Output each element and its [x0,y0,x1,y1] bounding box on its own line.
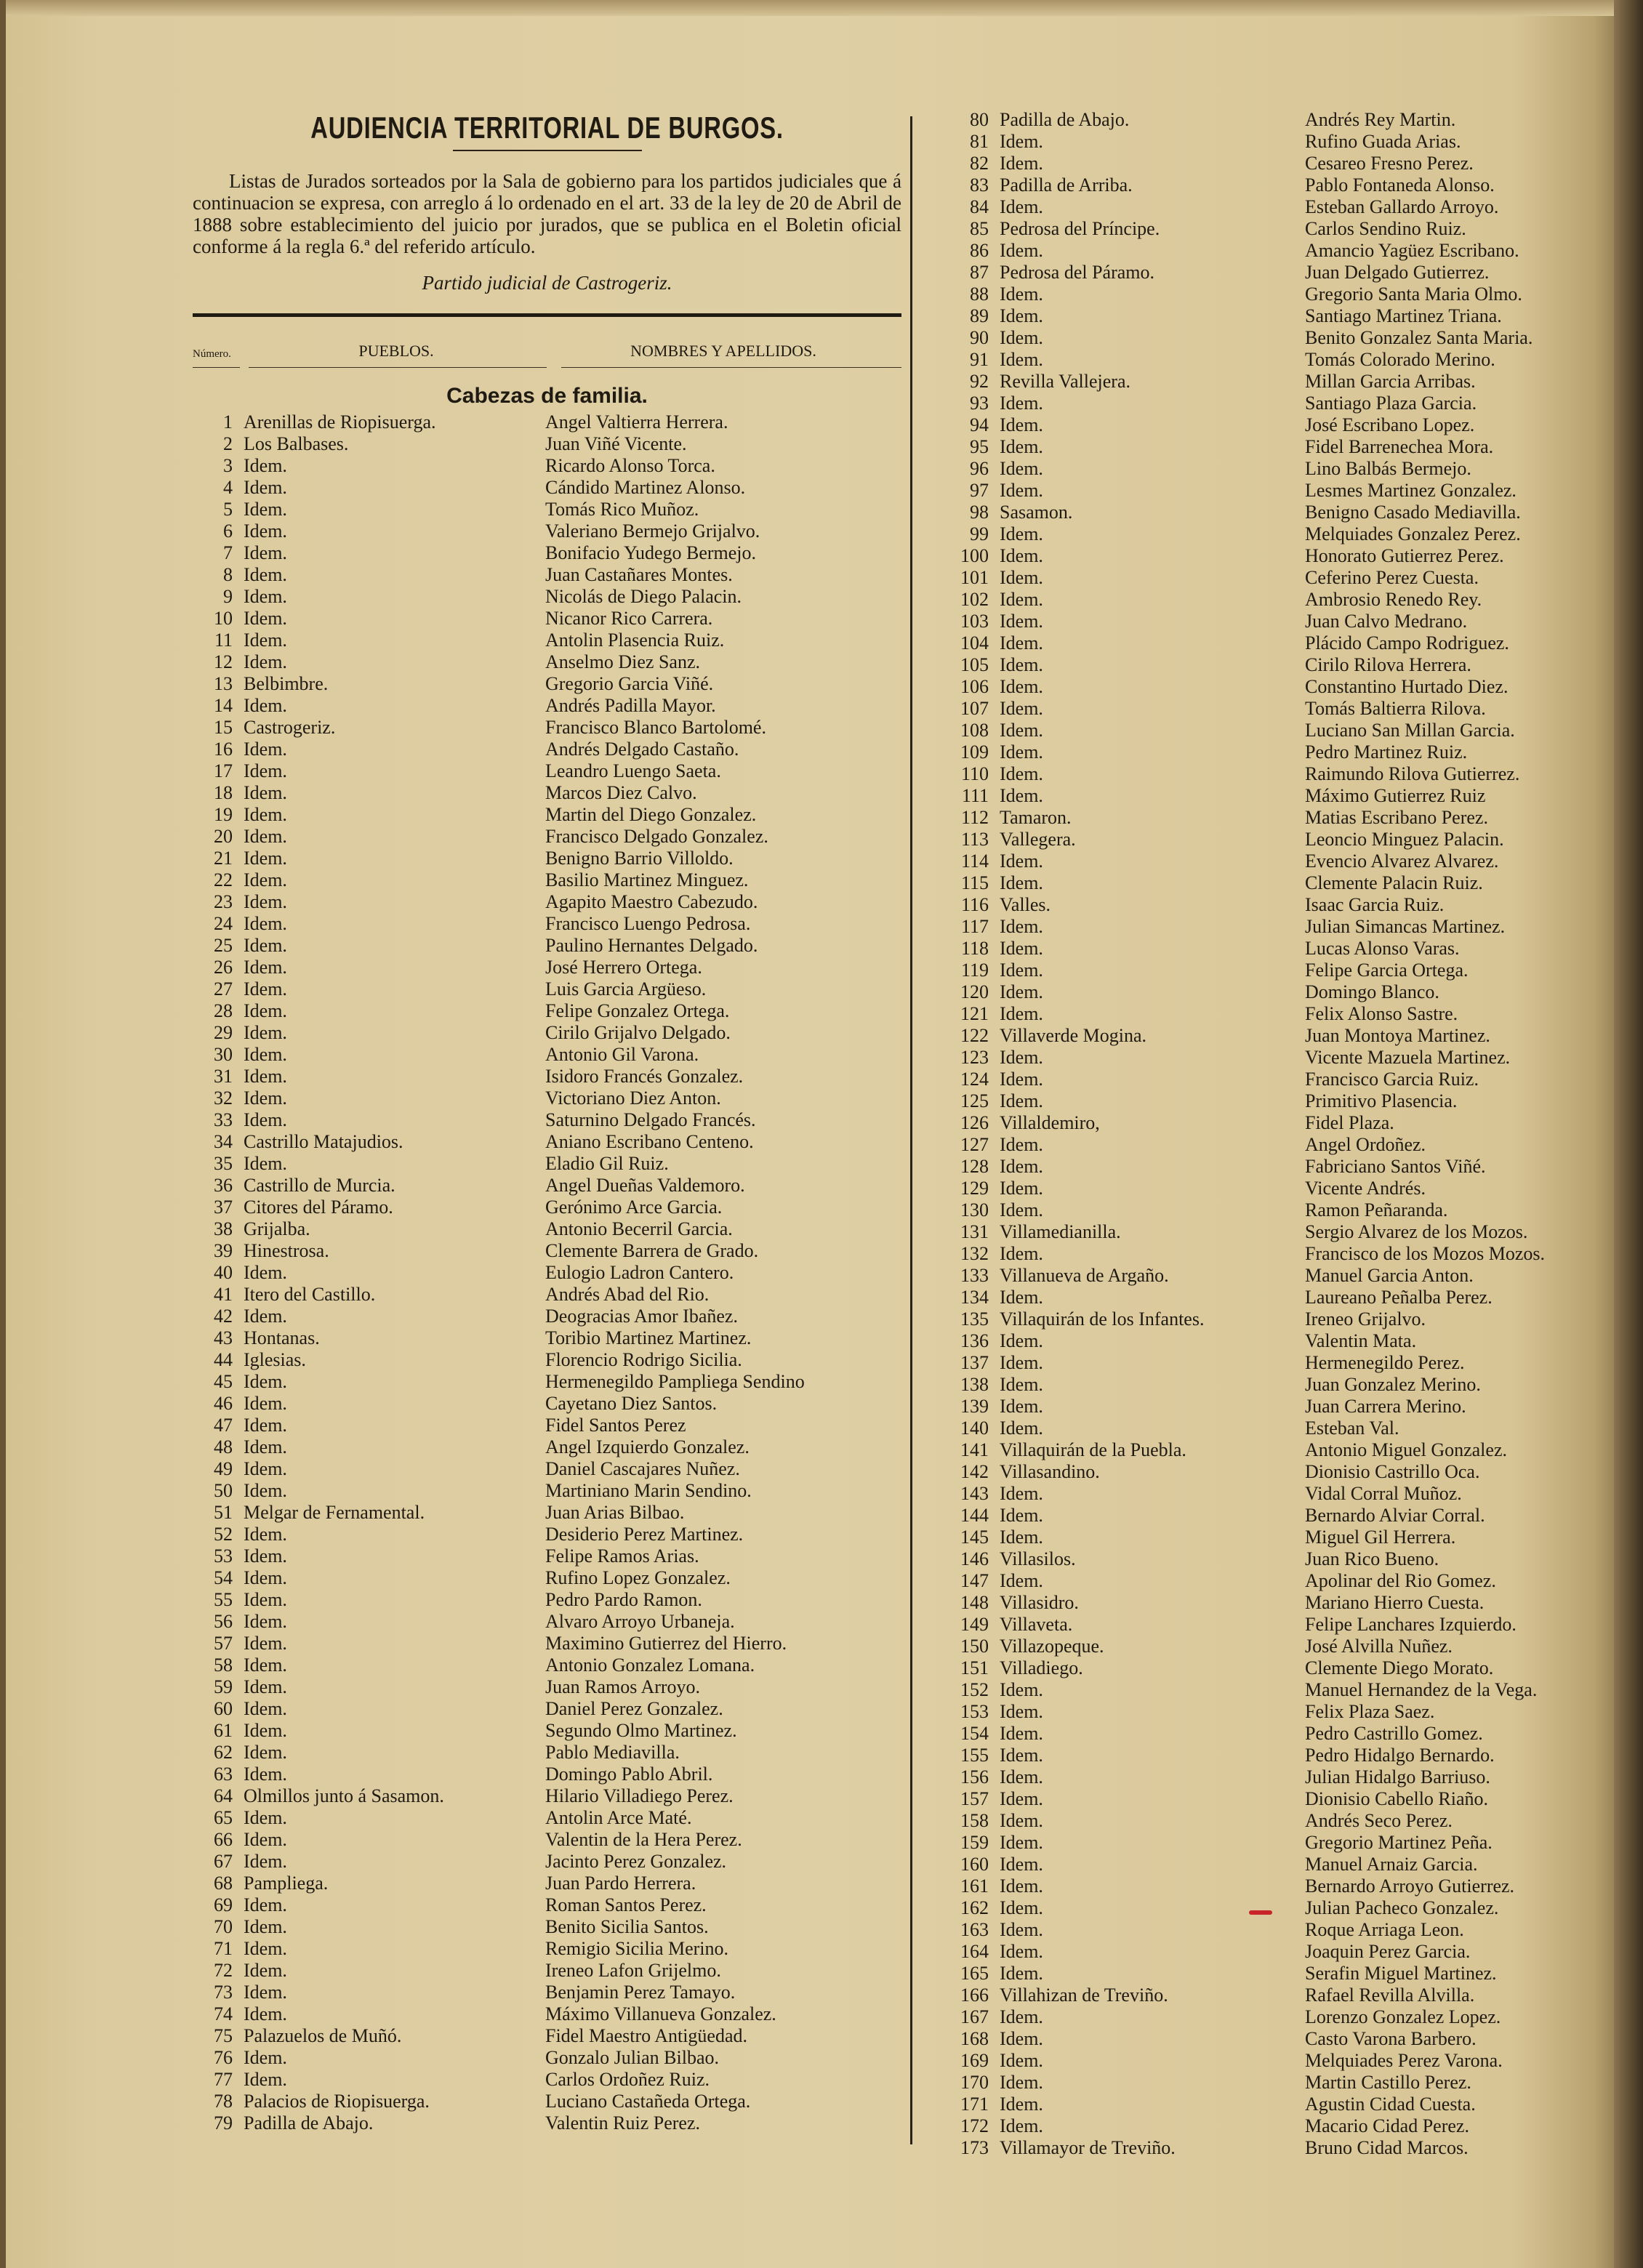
row-nombre: Aniano Escribano Centeno. [545,1131,901,1153]
row-number: 30 [193,1044,244,1066]
row-pueblo: Castrogeriz. [244,717,545,739]
row-nombre: Martin Castillo Perez. [1305,2072,1599,2094]
row-nombre: Paulino Hernantes Delgado. [545,935,901,957]
row-pueblo: Olmillos junto á Sasamon. [244,1785,545,1807]
row-nombre: Manuel Arnaiz Garcia. [1305,1854,1599,1875]
table-row: 112Tamaron.Matias Escribano Perez. [945,807,1599,829]
row-number: 134 [945,1287,1000,1308]
row-pueblo: Idem. [244,913,545,935]
row-number: 107 [945,698,1000,720]
table-row: 173Villamayor de Treviño.Bruno Cidad Mar… [945,2137,1599,2159]
row-nombre: Daniel Perez Gonzalez. [545,1698,901,1720]
row-nombre: Martin del Diego Gonzalez. [545,804,901,826]
row-nombre: Valentin Ruiz Perez. [545,2112,901,2134]
row-pueblo: Idem. [1000,1178,1305,1199]
row-nombre: Tomás Baltierra Rilova. [1305,698,1599,720]
table-row: 44Iglesias.Florencio Rodrigo Sicilia. [193,1349,901,1371]
row-number: 71 [193,1938,244,1960]
table-row: 19Idem.Martin del Diego Gonzalez. [193,804,901,826]
row-pueblo: Melgar de Fernamental. [244,1502,545,1524]
row-nombre: Ireneo Grijalvo. [1305,1308,1599,1330]
row-nombre: Clemente Barrera de Grado. [545,1240,901,1262]
row-pueblo: Idem. [1000,1679,1305,1701]
row-pueblo: Idem. [1000,872,1305,894]
row-number: 10 [193,608,244,630]
row-number: 141 [945,1439,1000,1461]
row-nombre: Felix Plaza Saez. [1305,1701,1599,1723]
table-row: 81Idem.Rufino Guada Arias. [945,131,1599,153]
row-nombre: Jacinto Perez Gonzalez. [545,1851,901,1873]
row-pueblo: Itero del Castillo. [244,1284,545,1306]
row-nombre: Isidoro Francés Gonzalez. [545,1066,901,1087]
row-pueblo: Idem. [244,1545,545,1567]
row-nombre: Clemente Palacin Ruiz. [1305,872,1599,894]
table-row: 149Villaveta.Felipe Lanchares Izquierdo. [945,1614,1599,1636]
row-pueblo: Sasamon. [1000,502,1305,523]
table-row: 12Idem.Anselmo Diez Sanz. [193,651,901,673]
row-number: 92 [945,371,1000,393]
header-underlines [193,361,901,368]
intro-paragraph: Listas de Jurados sorteados por la Sala … [193,170,901,257]
row-number: 15 [193,717,244,739]
table-row: 53Idem.Felipe Ramos Arias. [193,1545,901,1567]
row-pueblo: Idem. [1000,1090,1305,1112]
row-pueblo: Tamaron. [1000,807,1305,829]
row-pueblo: Idem. [244,2069,545,2091]
row-pueblo: Idem. [244,826,545,848]
row-number: 72 [193,1960,244,1982]
row-pueblo: Palazuelos de Muñó. [244,2025,545,2047]
row-pueblo: Idem. [1000,1287,1305,1308]
table-row: 78Palacios de Riopisuerga.Luciano Castañ… [193,2091,901,2112]
row-number: 146 [945,1548,1000,1570]
row-nombre: Agustin Cidad Cuesta. [1305,2094,1599,2115]
row-nombre: Cesareo Fresno Perez. [1305,153,1599,174]
row-pueblo: Idem. [244,869,545,891]
table-row: 38Grijalba.Antonio Becerril Garcia. [193,1218,901,1240]
row-number: 84 [945,196,1000,218]
table-row: 60Idem.Daniel Perez Gonzalez. [193,1698,901,1720]
table-row: 136Idem.Valentin Mata. [945,1330,1599,1352]
row-nombre: Nicolás de Diego Palacin. [545,586,901,608]
row-pueblo: Villazopeque. [1000,1636,1305,1657]
row-nombre: Lesmes Martinez Gonzalez. [1305,480,1599,502]
row-pueblo: Idem. [1000,2050,1305,2072]
row-pueblo: Idem. [244,695,545,717]
row-nombre: Alvaro Arroyo Urbaneja. [545,1611,901,1633]
table-row: 94Idem.José Escribano Lopez. [945,414,1599,436]
table-row: 33Idem.Saturnino Delgado Francés. [193,1109,901,1131]
row-pueblo: Idem. [244,608,545,630]
row-number: 21 [193,848,244,869]
row-number: 95 [945,436,1000,458]
table-row: 148Villasidro.Mariano Hierro Cuesta. [945,1592,1599,1614]
row-number: 3 [193,455,244,477]
row-number: 128 [945,1156,1000,1178]
row-pueblo: Hontanas. [244,1327,545,1349]
row-nombre: Gonzalo Julian Bilbao. [545,2047,901,2069]
row-pueblo: Idem. [1000,676,1305,698]
row-number: 171 [945,2094,1000,2115]
row-pueblo: Idem. [244,978,545,1000]
table-row: 56Idem.Alvaro Arroyo Urbaneja. [193,1611,901,1633]
row-number: 89 [945,305,1000,327]
row-pueblo: Idem. [1000,2006,1305,2028]
row-nombre: Lino Balbás Bermejo. [1305,458,1599,480]
row-number: 166 [945,1984,1000,2006]
table-row: 31Idem.Isidoro Francés Gonzalez. [193,1066,901,1087]
left-table-body: 1Arenillas de Riopisuerga.Angel Valtierr… [193,411,901,2134]
row-nombre: Laureano Peñalba Perez. [1305,1287,1599,1308]
row-pueblo: Idem. [244,1807,545,1829]
row-number: 81 [945,131,1000,153]
row-nombre: Leoncio Minguez Palacin. [1305,829,1599,850]
row-nombre: Antonio Gonzalez Lomana. [545,1654,901,1676]
row-number: 41 [193,1284,244,1306]
row-nombre: Miguel Gil Herrera. [1305,1527,1599,1548]
table-row: 58Idem.Antonio Gonzalez Lomana. [193,1654,901,1676]
row-number: 100 [945,545,1000,567]
row-number: 155 [945,1745,1000,1766]
row-pueblo: Villasandino. [1000,1461,1305,1483]
table-row: 144Idem.Bernardo Alviar Corral. [945,1505,1599,1527]
table-row: 37Citores del Páramo.Gerónimo Arce Garci… [193,1197,901,1218]
row-pueblo: Padilla de Abajo. [244,2112,545,2134]
row-nombre: Felipe Ramos Arias. [545,1545,901,1567]
row-nombre: Máximo Gutierrez Ruiz [1305,785,1599,807]
row-number: 103 [945,611,1000,632]
table-row: 96Idem.Lino Balbás Bermejo. [945,458,1599,480]
row-pueblo: Idem. [1000,850,1305,872]
row-number: 99 [945,523,1000,545]
row-number: 20 [193,826,244,848]
row-number: 172 [945,2115,1000,2137]
table-row: 122Villaverde Mogina.Juan Montoya Martin… [945,1025,1599,1047]
row-number: 151 [945,1657,1000,1679]
row-pueblo: Idem. [1000,545,1305,567]
row-nombre: Lorenzo Gonzalez Lopez. [1305,2006,1599,2028]
row-number: 102 [945,589,1000,611]
row-nombre: Valentin Mata. [1305,1330,1599,1352]
row-pueblo: Idem. [244,739,545,760]
row-nombre: Felipe Garcia Ortega. [1305,960,1599,981]
row-number: 31 [193,1066,244,1087]
row-nombre: Florencio Rodrigo Sicilia. [545,1349,901,1371]
row-nombre: Manuel Garcia Anton. [1305,1265,1599,1287]
row-number: 33 [193,1109,244,1131]
row-number: 73 [193,1982,244,2003]
row-number: 83 [945,174,1000,196]
table-row: 28Idem.Felipe Gonzalez Ortega. [193,1000,901,1022]
row-nombre: Benigno Casado Mediavilla. [1305,502,1599,523]
row-pueblo: Vallegera. [1000,829,1305,850]
row-pueblo: Idem. [1000,196,1305,218]
row-number: 60 [193,1698,244,1720]
newspaper-page: AUDIENCIA TERRITORIAL DE BURGOS. Listas … [0,0,1643,2268]
row-number: 74 [193,2003,244,2025]
row-pueblo: Idem. [244,1567,545,1589]
row-number: 111 [945,785,1000,807]
row-nombre: Luciano Castañeda Ortega. [545,2091,901,2112]
row-pueblo: Idem. [244,1894,545,1916]
row-number: 58 [193,1654,244,1676]
row-pueblo: Idem. [1000,1330,1305,1352]
row-nombre: Toribio Martinez Martinez. [545,1327,901,1349]
row-pueblo: Villahizan de Treviño. [1000,1984,1305,2006]
table-row: 14Idem.Andrés Padilla Mayor. [193,695,901,717]
table-row: 125Idem.Primitivo Plasencia. [945,1090,1599,1112]
row-number: 112 [945,807,1000,829]
row-nombre: Macario Cidad Perez. [1305,2115,1599,2137]
row-nombre: Domingo Pablo Abril. [545,1764,901,1785]
table-row: 97Idem.Lesmes Martinez Gonzalez. [945,480,1599,502]
row-number: 24 [193,913,244,935]
row-pueblo: Idem. [1000,741,1305,763]
row-nombre: José Escribano Lopez. [1305,414,1599,436]
row-pueblo: Idem. [244,1611,545,1633]
row-nombre: Pablo Mediavilla. [545,1742,901,1764]
row-number: 124 [945,1069,1000,1090]
table-row: 135Villaquirán de los Infantes.Ireneo Gr… [945,1308,1599,1330]
row-pueblo: Idem. [244,455,545,477]
table-row: 39Hinestrosa.Clemente Barrera de Grado. [193,1240,901,1262]
row-nombre: Hermenegildo Pampliega Sendino [545,1371,901,1393]
row-nombre: Apolinar del Rio Gomez. [1305,1570,1599,1592]
table-row: 79Padilla de Abajo.Valentin Ruiz Perez. [193,2112,901,2134]
row-nombre: Fabriciano Santos Viñé. [1305,1156,1599,1178]
table-row: 105Idem.Cirilo Rilova Herrera. [945,654,1599,676]
row-number: 106 [945,676,1000,698]
row-pueblo: Idem. [1000,1374,1305,1396]
row-pueblo: Idem. [1000,1745,1305,1766]
row-number: 34 [193,1131,244,1153]
row-nombre: Pedro Pardo Ramon. [545,1589,901,1611]
row-nombre: Sergio Alvarez de los Mozos. [1305,1221,1599,1243]
row-nombre: Serafin Miguel Martinez. [1305,1963,1599,1984]
row-pueblo: Idem. [1000,1047,1305,1069]
table-row: 23Idem.Agapito Maestro Cabezudo. [193,891,901,913]
row-nombre: Remigio Sicilia Merino. [545,1938,901,1960]
row-number: 159 [945,1832,1000,1854]
row-nombre: Rufino Guada Arias. [1305,131,1599,153]
row-nombre: Vicente Andrés. [1305,1178,1599,1199]
section-heading: Cabezas de familia. [193,384,901,409]
row-nombre: Basilio Martinez Minguez. [545,869,901,891]
row-nombre: Maximino Gutierrez del Hierro. [545,1633,901,1654]
row-pueblo: Idem. [244,1087,545,1109]
row-nombre: Evencio Alvarez Alvarez. [1305,850,1599,872]
row-pueblo: Idem. [244,1742,545,1764]
table-row: 64Olmillos junto á Sasamon.Hilario Villa… [193,1785,901,1807]
row-number: 144 [945,1505,1000,1527]
table-row: 147Idem.Apolinar del Rio Gomez. [945,1570,1599,1592]
row-nombre: Antonio Becerril Garcia. [545,1218,901,1240]
row-pueblo: Castrillo de Murcia. [244,1175,545,1197]
row-nombre: Pedro Castrillo Gomez. [1305,1723,1599,1745]
table-row: 76Idem.Gonzalo Julian Bilbao. [193,2047,901,2069]
row-pueblo: Idem. [244,1371,545,1393]
row-pueblo: Belbimbre. [244,673,545,695]
table-row: 172Idem.Macario Cidad Perez. [945,2115,1599,2137]
row-nombre: Juan Castañares Montes. [545,564,901,586]
table-row: 114Idem.Evencio Alvarez Alvarez. [945,850,1599,872]
row-pueblo: Idem. [1000,327,1305,349]
row-number: 79 [193,2112,244,2134]
row-pueblo: Idem. [244,1524,545,1545]
row-pueblo: Idem. [1000,1352,1305,1374]
table-row: 164Idem.Joaquin Perez Garcia. [945,1941,1599,1963]
row-nombre: Antolin Plasencia Ruiz. [545,630,901,651]
table-row: 101Idem.Ceferino Perez Cuesta. [945,567,1599,589]
row-number: 36 [193,1175,244,1197]
row-pueblo: Idem. [1000,1963,1305,1984]
table-row: 46Idem.Cayetano Diez Santos. [193,1393,901,1415]
row-nombre: Julian Hidalgo Barriuso. [1305,1766,1599,1788]
row-nombre: Rufino Lopez Gonzalez. [545,1567,901,1589]
table-row: 73Idem.Benjamin Perez Tamayo. [193,1982,901,2003]
row-nombre: Angel Izquierdo Gonzalez. [545,1436,901,1458]
row-number: 38 [193,1218,244,1240]
row-pueblo: Idem. [1000,1897,1305,1919]
row-number: 104 [945,632,1000,654]
table-row: 68Pampliega.Juan Pardo Herrera. [193,1873,901,1894]
row-nombre: Cayetano Diez Santos. [545,1393,901,1415]
row-nombre: Ramon Peñaranda. [1305,1199,1599,1221]
row-number: 80 [945,109,1000,131]
row-number: 44 [193,1349,244,1371]
red-pencil-mark [1249,1910,1272,1915]
row-pueblo: Idem. [1000,283,1305,305]
row-pueblo: Idem. [1000,1854,1305,1875]
row-nombre: Isaac Garcia Ruiz. [1305,894,1599,916]
row-pueblo: Villamedianilla. [1000,1221,1305,1243]
row-number: 108 [945,720,1000,741]
table-row: 87Pedrosa del Páramo.Juan Delgado Gutier… [945,262,1599,283]
row-nombre: Tomás Colorado Merino. [1305,349,1599,371]
row-nombre: Gregorio Santa Maria Olmo. [1305,283,1599,305]
row-number: 50 [193,1480,244,1502]
row-nombre: Antonio Miguel Gonzalez. [1305,1439,1599,1461]
row-nombre: Joaquin Perez Garcia. [1305,1941,1599,1963]
row-number: 66 [193,1829,244,1851]
row-number: 120 [945,981,1000,1003]
table-row: 117Idem.Julian Simancas Martinez. [945,916,1599,938]
row-pueblo: Idem. [1000,1941,1305,1963]
table-row: 102Idem.Ambrosio Renedo Rey. [945,589,1599,611]
row-nombre: Anselmo Diez Sanz. [545,651,901,673]
table-row: 128Idem.Fabriciano Santos Viñé. [945,1156,1599,1178]
table-row: 165Idem.Serafin Miguel Martinez. [945,1963,1599,1984]
table-row: 36Castrillo de Murcia.Angel Dueñas Valde… [193,1175,901,1197]
table-row: 32Idem.Victoriano Diez Anton. [193,1087,901,1109]
table-row: 137Idem.Hermenegildo Perez. [945,1352,1599,1374]
right-column: 80Padilla de Abajo.Andrés Rey Martin.81I… [945,109,1599,2159]
row-pueblo: Idem. [244,1109,545,1131]
table-row: 130Idem.Ramon Peñaranda. [945,1199,1599,1221]
row-number: 101 [945,567,1000,589]
row-pueblo: Idem. [244,630,545,651]
table-row: 93Idem.Santiago Plaza Garcia. [945,393,1599,414]
row-pueblo: Idem. [1000,1875,1305,1897]
table-row: 45Idem.Hermenegildo Pampliega Sendino [193,1371,901,1393]
row-nombre: Hermenegildo Perez. [1305,1352,1599,1374]
table-row: 167Idem.Lorenzo Gonzalez Lopez. [945,2006,1599,2028]
row-number: 26 [193,957,244,978]
row-number: 142 [945,1461,1000,1483]
table-row: 9Idem.Nicolás de Diego Palacin. [193,586,901,608]
row-nombre: Francisco Blanco Bartolomé. [545,717,901,739]
row-number: 68 [193,1873,244,1894]
row-pueblo: Idem. [1000,589,1305,611]
row-pueblo: Idem. [244,586,545,608]
row-nombre: Tomás Rico Muñoz. [545,499,901,520]
row-nombre: Pedro Hidalgo Bernardo. [1305,1745,1599,1766]
table-row: 26Idem.José Herrero Ortega. [193,957,901,978]
table-row: 82Idem.Cesareo Fresno Perez. [945,153,1599,174]
table-row: 18Idem.Marcos Diez Calvo. [193,782,901,804]
table-row: 48Idem.Angel Izquierdo Gonzalez. [193,1436,901,1458]
row-number: 69 [193,1894,244,1916]
row-nombre: Francisco Delgado Gonzalez. [545,826,901,848]
row-number: 127 [945,1134,1000,1156]
row-number: 160 [945,1854,1000,1875]
row-number: 42 [193,1306,244,1327]
table-row: 92Revilla Vallejera.Millan Garcia Arriba… [945,371,1599,393]
table-row: 43Hontanas.Toribio Martinez Martinez. [193,1327,901,1349]
table-row: 69Idem.Roman Santos Perez. [193,1894,901,1916]
row-pueblo: Idem. [1000,785,1305,807]
table-row: 143Idem.Vidal Corral Muñoz. [945,1483,1599,1505]
row-nombre: Mariano Hierro Cuesta. [1305,1592,1599,1614]
row-number: 63 [193,1764,244,1785]
row-number: 129 [945,1178,1000,1199]
row-nombre: Juan Montoya Martinez. [1305,1025,1599,1047]
row-nombre: Constantino Hurtado Diez. [1305,676,1599,698]
row-nombre: Juan Carrera Merino. [1305,1396,1599,1417]
row-number: 39 [193,1240,244,1262]
row-pueblo: Villasidro. [1000,1592,1305,1614]
row-nombre: Santiago Martinez Triana. [1305,305,1599,327]
row-number: 13 [193,673,244,695]
row-pueblo: Idem. [244,1654,545,1676]
row-nombre: Esteban Gallardo Arroyo. [1305,196,1599,218]
row-number: 19 [193,804,244,826]
table-row: 104Idem.Plácido Campo Rodriguez. [945,632,1599,654]
row-number: 86 [945,240,1000,262]
row-pueblo: Idem. [1000,305,1305,327]
row-pueblo: Iglesias. [244,1349,545,1371]
row-number: 162 [945,1897,1000,1919]
row-number: 140 [945,1417,1000,1439]
row-nombre: Rafael Revilla Alvilla. [1305,1984,1599,2006]
row-nombre: Benigno Barrio Villoldo. [545,848,901,869]
row-number: 116 [945,894,1000,916]
table-row: 57Idem.Maximino Gutierrez del Hierro. [193,1633,901,1654]
table-row: 141Villaquirán de la Puebla.Antonio Migu… [945,1439,1599,1461]
row-pueblo: Idem. [1000,1396,1305,1417]
row-pueblo: Villaverde Mogina. [1000,1025,1305,1047]
row-pueblo: Idem. [1000,2115,1305,2137]
table-row: 121Idem.Felix Alonso Sastre. [945,1003,1599,1025]
table-row: 11Idem.Antolin Plasencia Ruiz. [193,630,901,651]
table-row: 170Idem.Martin Castillo Perez. [945,2072,1599,2094]
row-number: 53 [193,1545,244,1567]
row-pueblo: Idem. [1000,1156,1305,1178]
table-row: 115Idem.Clemente Palacin Ruiz. [945,872,1599,894]
header-nombres: NOMBRES Y APELLIDOS. [545,342,901,361]
row-pueblo: Idem. [1000,153,1305,174]
row-pueblo: Idem. [244,1393,545,1415]
